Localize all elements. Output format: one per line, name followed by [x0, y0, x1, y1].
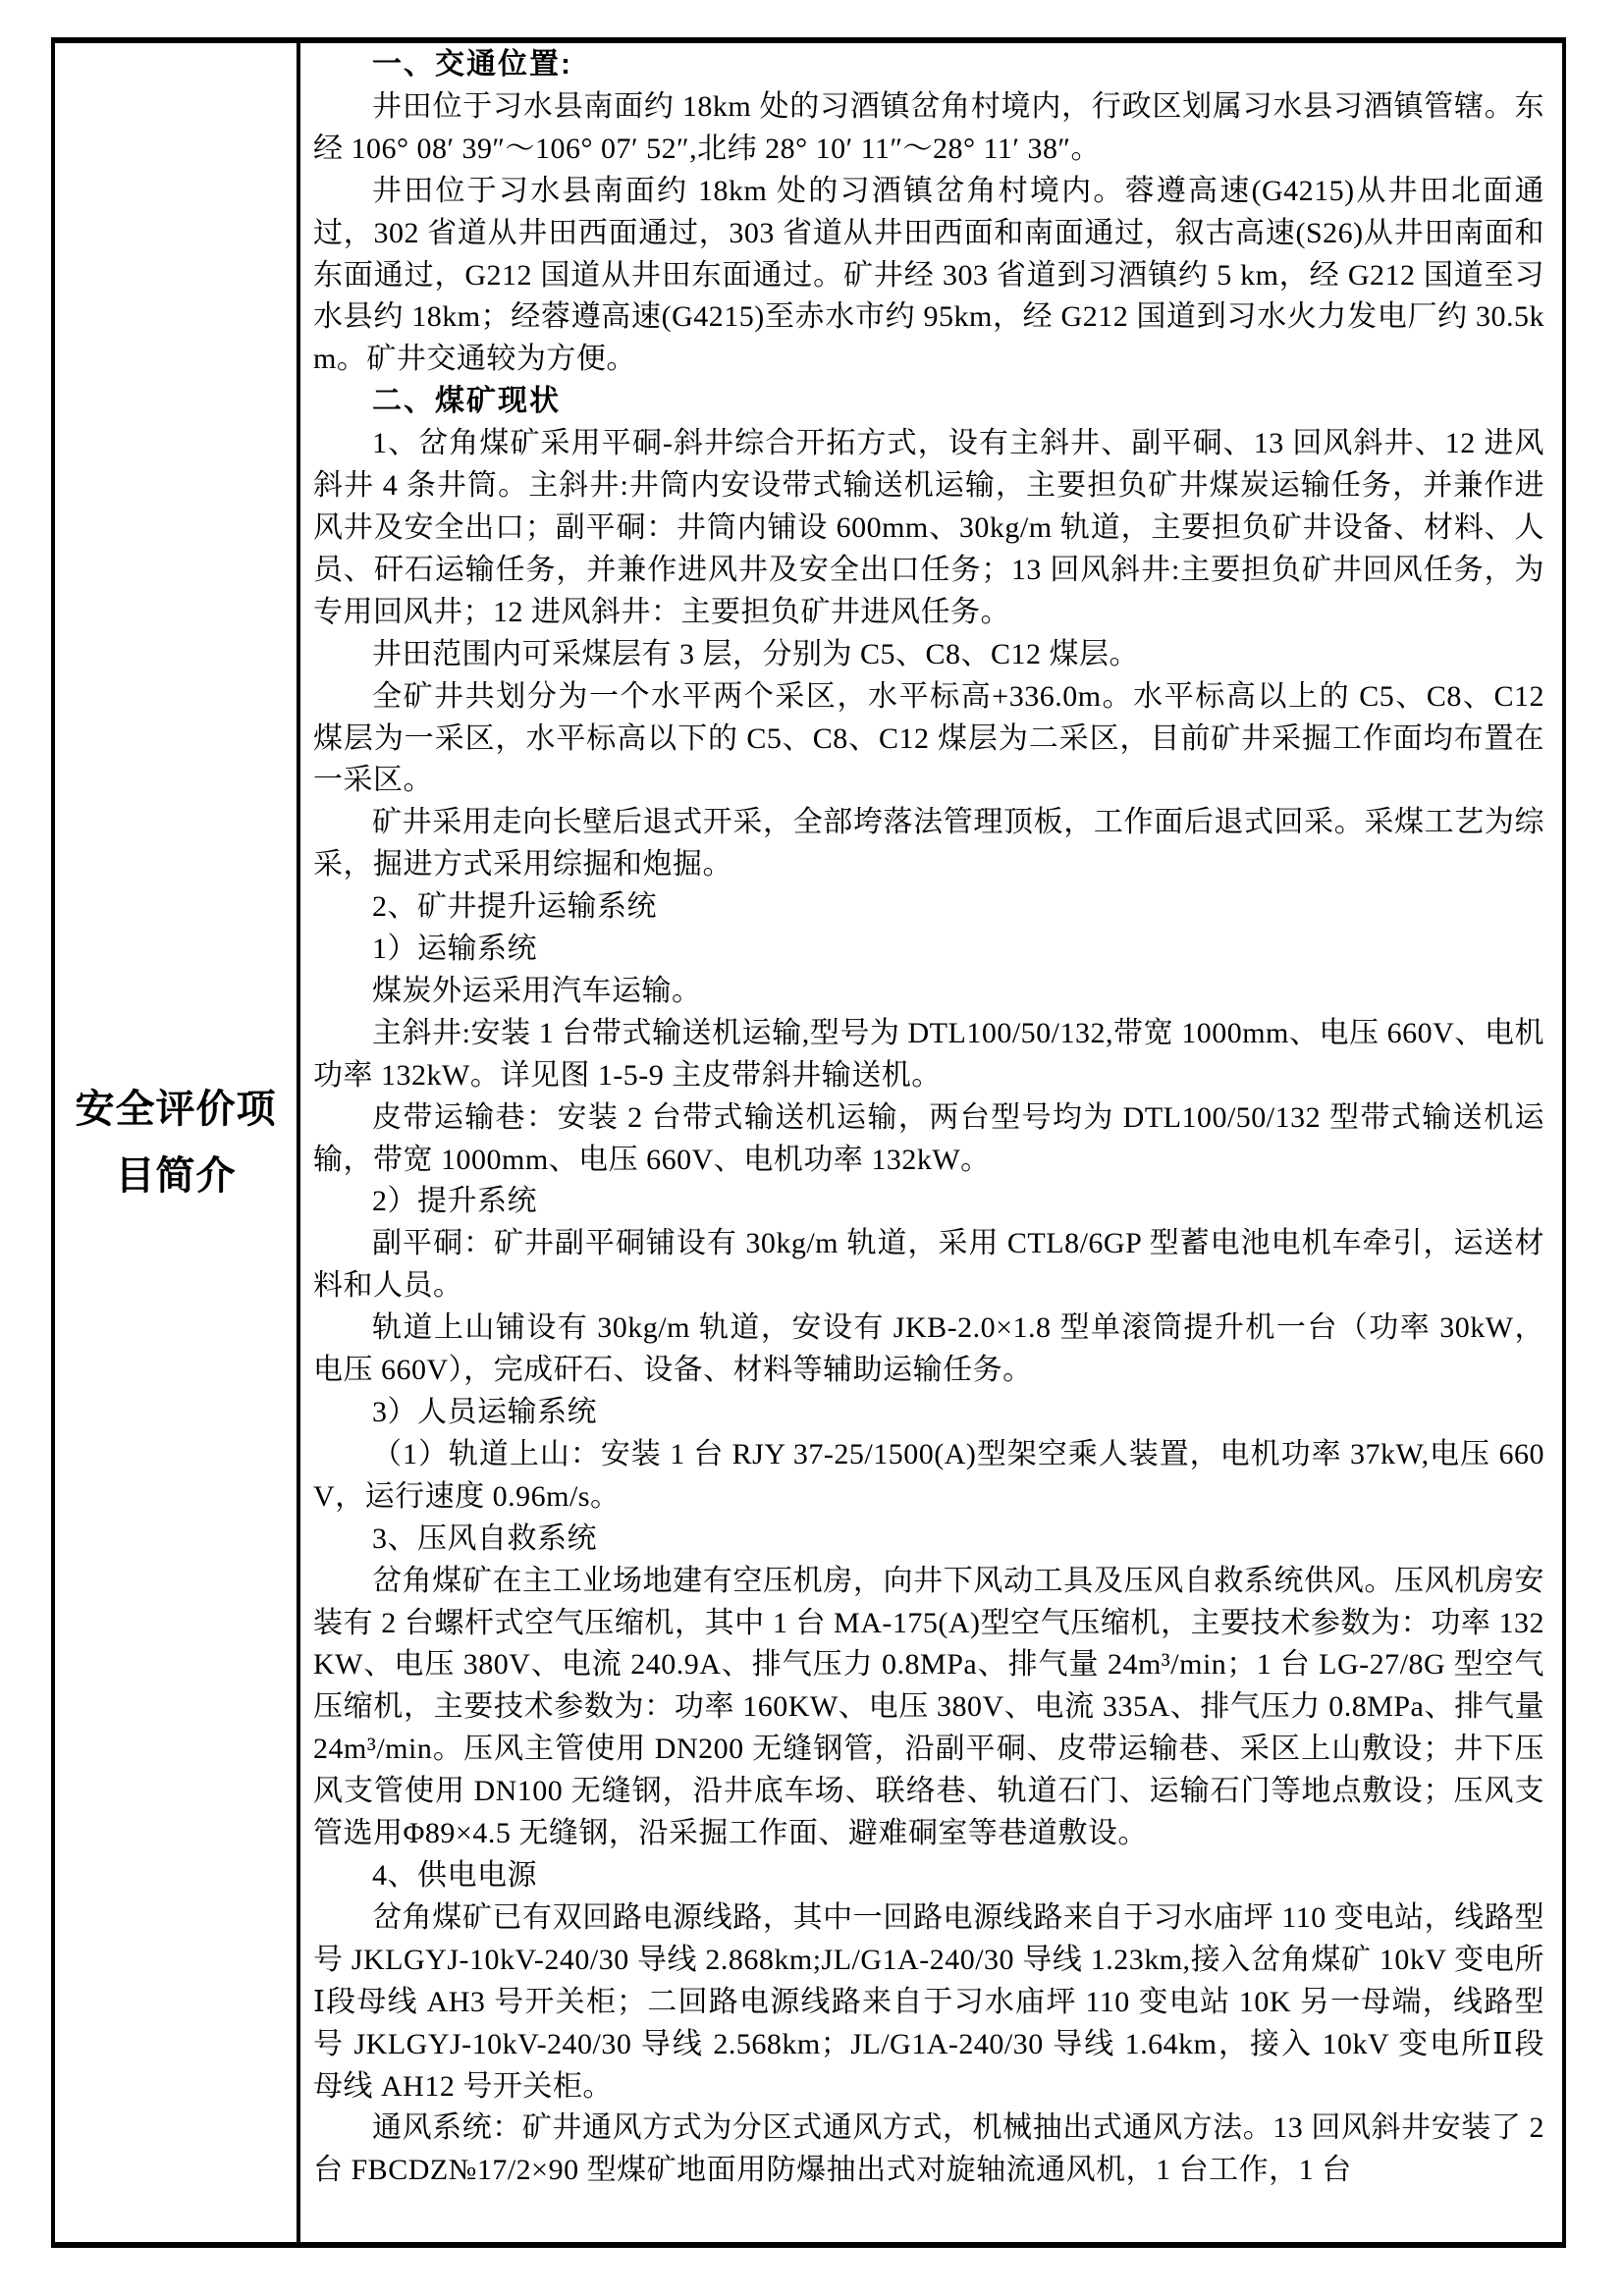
document-page: 安全评价项目简介 一、交通位置:井田位于习水县南面约 18km 处的习酒镇岔角村…	[0, 0, 1624, 2296]
body-paragraph: 副平硐：矿井副平硐铺设有 30kg/m 轨道，采用 CTL8/6GP 型蓄电池电…	[313, 1223, 1544, 1308]
body-paragraph: 岔角煤矿在主工业场地建有空压机房，向井下风动工具及压风自救系统供风。压风机房安装…	[313, 1561, 1544, 1855]
row-header-label: 安全评价项目简介	[72, 1076, 280, 1209]
body-paragraph: 3、压风自救系统	[313, 1519, 1544, 1561]
body-paragraph: （1）轨道上山：安装 1 台 RJY 37-25/1500(A)型架空乘人装置，…	[313, 1434, 1544, 1519]
row-content-cell: 一、交通位置:井田位于习水县南面约 18km 处的习酒镇岔角村境内，行政区划属习…	[300, 43, 1566, 2242]
body-paragraph: 1）运输系统	[313, 929, 1544, 971]
body-paragraph: 矿井采用走向长壁后退式开采，全部垮落法管理顶板，工作面后退式回采。采煤工艺为综采…	[313, 802, 1544, 886]
safety-evaluation-table: 安全评价项目简介 一、交通位置:井田位于习水县南面约 18km 处的习酒镇岔角村…	[51, 37, 1566, 2248]
body-paragraph: 2）提升系统	[313, 1181, 1544, 1223]
body-paragraph: 3）人员运输系统	[313, 1392, 1544, 1434]
body-paragraph: 岔角煤矿已有双回路电源线路，其中一回路电源线路来自于习水庙坪 110 变电站，线…	[313, 1897, 1544, 2109]
body-paragraph: 井田范围内可采煤层有 3 层，分别为 C5、C8、C12 煤层。	[313, 634, 1544, 676]
body-paragraph: 通风系统：矿井通风方式为分区式通风方式，机械抽出式通风方法。13 回风斜井安装了…	[313, 2108, 1544, 2192]
body-paragraph: 皮带运输巷：安装 2 台带式输送机运输，两台型号均为 DTL100/50/132…	[313, 1097, 1544, 1182]
body-paragraph: 2、矿井提升运输系统	[313, 886, 1544, 929]
section-heading: 二、煤矿现状	[313, 381, 1544, 423]
body-paragraph: 主斜井:安装 1 台带式输送机运输,型号为 DTL100/50/132,带宽 1…	[313, 1013, 1544, 1097]
body-paragraph: 1、岔角煤矿采用平硐-斜井综合开拓方式，设有主斜井、副平硐、13 回风斜井、12…	[313, 423, 1544, 634]
row-header-cell: 安全评价项目简介	[51, 43, 300, 2242]
body-paragraph: 井田位于习水县南面约 18km 处的习酒镇岔角村境内。蓉遵高速(G4215)从井…	[313, 171, 1544, 382]
body-paragraph: 4、供电电源	[313, 1855, 1544, 1897]
body-paragraph: 轨道上山铺设有 30kg/m 轨道，安设有 JKB-2.0×1.8 型单滚筒提升…	[313, 1308, 1544, 1392]
body-paragraph: 井田位于习水县南面约 18km 处的习酒镇岔角村境内，行政区划属习水县习酒镇管辖…	[313, 86, 1544, 171]
section-heading: 一、交通位置:	[313, 44, 1544, 86]
body-paragraph: 煤炭外运采用汽车运输。	[313, 971, 1544, 1013]
paragraph-list: 一、交通位置:井田位于习水县南面约 18km 处的习酒镇岔角村境内，行政区划属习…	[313, 44, 1544, 2192]
body-paragraph: 全矿井共划分为一个水平两个采区，水平标高+336.0m。水平标高以上的 C5、C…	[313, 676, 1544, 803]
